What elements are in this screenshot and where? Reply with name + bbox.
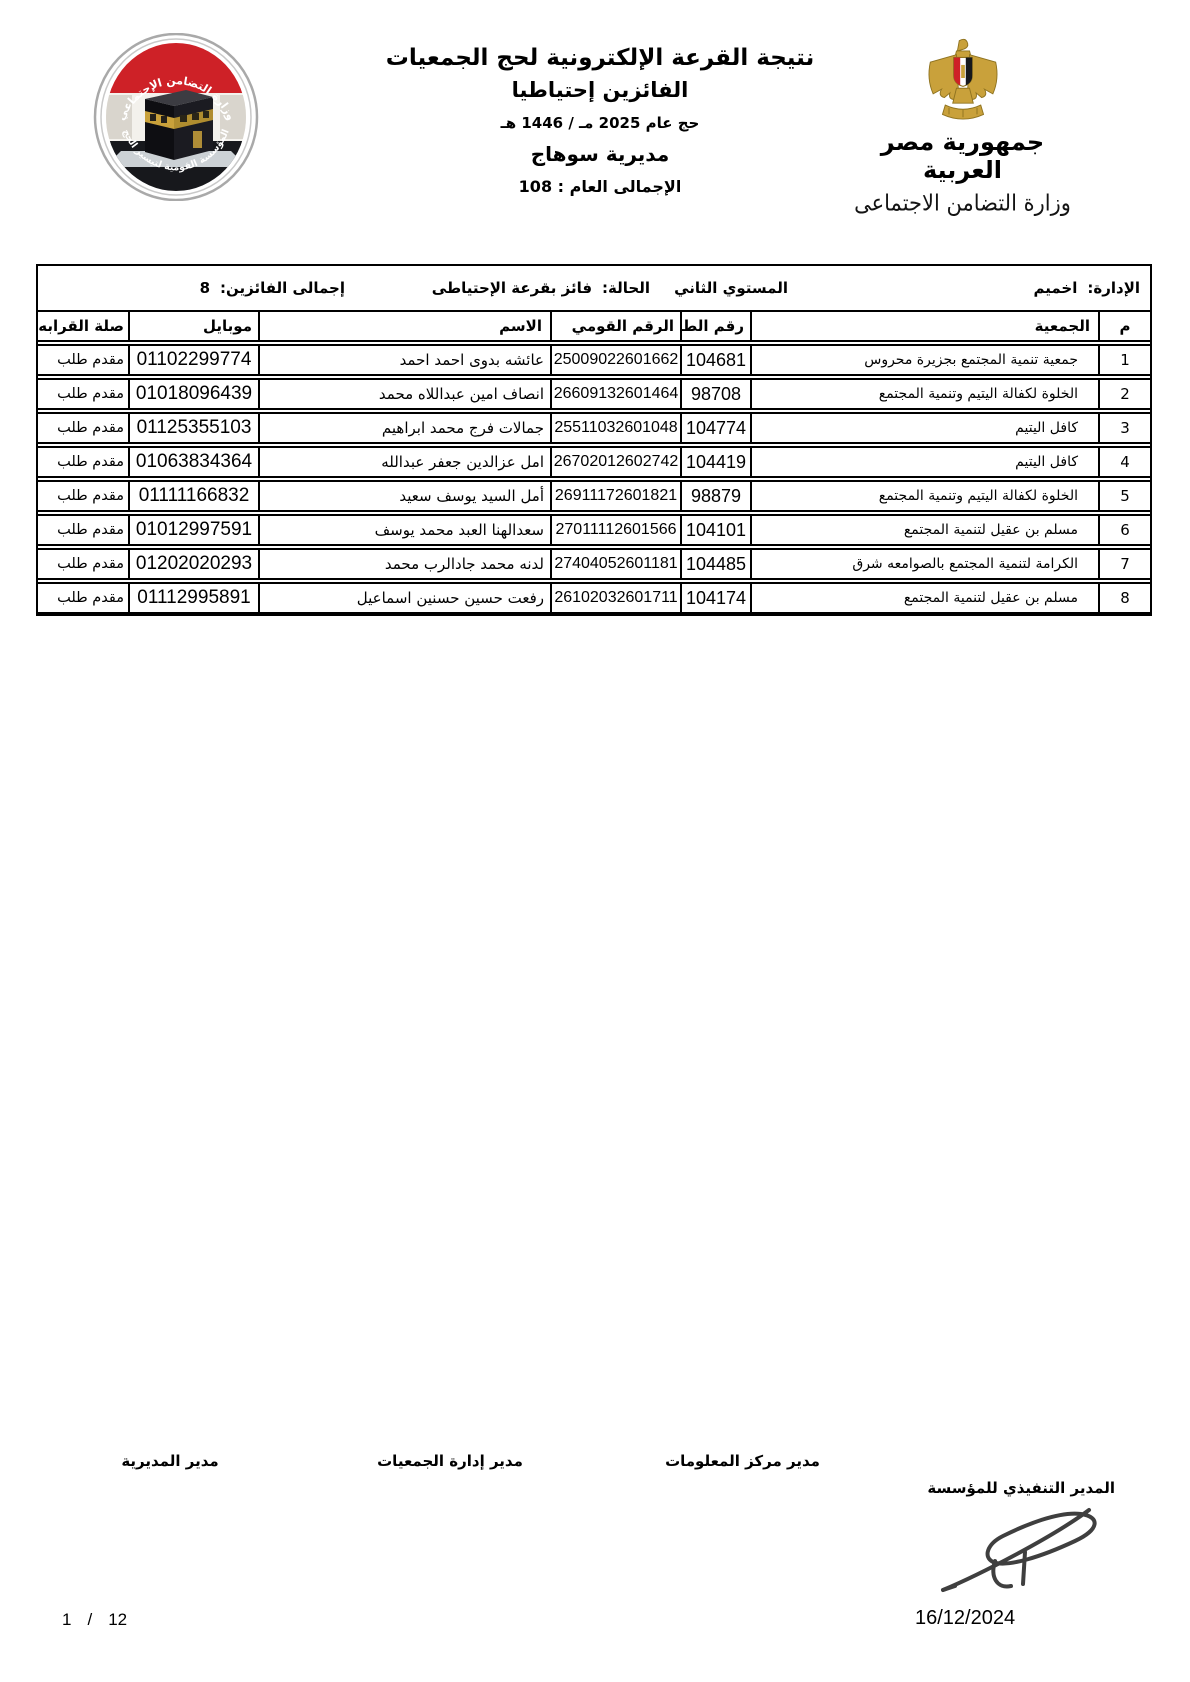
table-row: 8 مسلم بن عقيل لتنمية المجتمع 104174 261…: [38, 582, 1150, 614]
level-field: المستوي الثاني: [674, 279, 788, 297]
association-cell: جمعية تنمية المجتمع بجزيرة محروس: [750, 344, 1100, 376]
table-row: 4 كافل اليتيم 104419 26702012602742 امل …: [38, 446, 1150, 478]
republic-name-text: جمهورية مصر العربية: [845, 128, 1080, 184]
request-no-cell: 104174: [680, 582, 752, 614]
page-separator: /: [87, 1610, 92, 1630]
egypt-emblem-block: جمهورية مصر العربية وزارة التضامن الاجتم…: [845, 34, 1080, 215]
national-id-cell: 26702012602742: [550, 446, 682, 478]
mobile-cell: 01012997591: [128, 514, 260, 546]
serial-cell: 5: [1098, 480, 1150, 512]
mobile-cell: 01063834364: [128, 446, 260, 478]
request-no-cell: 98708: [680, 378, 752, 410]
col-header-serial: م: [1098, 312, 1150, 342]
relation-cell: مقدم طلب: [38, 378, 130, 410]
request-no-cell: 104681: [680, 344, 752, 376]
table-header-row: م الجمعية رقم الطلب الرقم القومي الاسم م…: [38, 312, 1150, 342]
col-header-mobile: موبايل: [128, 312, 260, 342]
winners-total-label: إجمالى الفائزين:: [220, 279, 345, 297]
national-id-cell: 27011112601566: [550, 514, 682, 546]
national-id-cell: 26102032601711: [550, 582, 682, 614]
egypt-eagle-icon: [921, 34, 1005, 122]
administration-label: الإدارة:: [1087, 279, 1140, 297]
signature-executive-manager: المدير التنفيذي للمؤسسة: [940, 1479, 1115, 1497]
col-header-name: الاسم: [258, 312, 552, 342]
national-id-cell: 25009022601662: [550, 344, 682, 376]
serial-cell: 3: [1098, 412, 1150, 444]
signature-associations-admin-manager: مدير إدارة الجمعيات: [365, 1452, 535, 1470]
col-header-association: الجمعية: [750, 312, 1100, 342]
administration-field: الإدارة:اخميم: [1033, 279, 1140, 297]
serial-cell: 1: [1098, 344, 1150, 376]
association-cell: الخلوة لكفالة اليتيم وتنمية المجتمع: [750, 480, 1100, 512]
mobile-cell: 01125355103: [128, 412, 260, 444]
serial-cell: 7: [1098, 548, 1150, 580]
association-cell: مسلم بن عقيل لتنمية المجتمع: [750, 514, 1100, 546]
report-page: وزارة التضامن الإجتماعي المؤسسة القومية …: [0, 0, 1190, 1682]
table-row: 1 جمعية تنمية المجتمع بجزيرة محروس 10468…: [38, 344, 1150, 376]
national-id-cell: 26911172601821: [550, 480, 682, 512]
name-cell: امل عزالدين جعفر عبدالله: [258, 446, 552, 478]
status-value: فائز بقرعة الإحتياطى: [432, 279, 592, 297]
request-no-cell: 104485: [680, 548, 752, 580]
association-cell: الخلوة لكفالة اليتيم وتنمية المجتمع: [750, 378, 1100, 410]
name-cell: لدنه محمد جادالرب محمد: [258, 548, 552, 580]
relation-cell: مقدم طلب: [38, 480, 130, 512]
serial-cell: 8: [1098, 582, 1150, 614]
name-cell: أمل السيد يوسف سعيد: [258, 480, 552, 512]
signature-info-center-manager: مدير مركز المعلومات: [660, 1452, 825, 1470]
name-cell: جمالات فرج محمد ابراهيم: [258, 412, 552, 444]
serial-cell: 6: [1098, 514, 1150, 546]
mobile-cell: 01018096439: [128, 378, 260, 410]
winners-total-value: 8: [200, 279, 210, 297]
mobile-cell: 01202020293: [128, 548, 260, 580]
ministry-name-text: وزارة التضامن الاجتماعى: [845, 190, 1080, 216]
hajj-foundation-badge-icon: وزارة التضامن الإجتماعي المؤسسة القومية …: [93, 33, 259, 201]
document-title: نتيجة القرعة الإلكترونية لحج الجمعيات: [320, 44, 880, 74]
report-info-bar: الإدارة:اخميم المستوي الثاني الحالة:فائز…: [38, 266, 1150, 312]
name-cell: انصاف امين عبداللاه محمد: [258, 378, 552, 410]
relation-cell: مقدم طلب: [38, 548, 130, 580]
request-no-cell: 104101: [680, 514, 752, 546]
table-body: 1 جمعية تنمية المجتمع بجزيرة محروس 10468…: [38, 344, 1150, 614]
page-number: 1 / 12: [62, 1610, 127, 1630]
status-field: الحالة:فائز بقرعة الإحتياطى: [432, 279, 650, 297]
col-header-request-no: رقم الطلب: [680, 312, 752, 342]
relation-cell: مقدم طلب: [38, 582, 130, 614]
name-cell: رفعت حسين حسنين اسماعيل: [258, 582, 552, 614]
request-no-cell: 104774: [680, 412, 752, 444]
association-cell: كافل اليتيم: [750, 446, 1100, 478]
directorate-name: مديرية سوهاج: [320, 142, 880, 166]
hajj-year-line: حج عام 2025 مـ / 1446 هـ: [320, 114, 880, 132]
mobile-cell: 01112995891: [128, 582, 260, 614]
document-title-block: نتيجة القرعة الإلكترونية لحج الجمعيات ال…: [320, 44, 880, 196]
status-label: الحالة:: [602, 279, 650, 297]
relation-cell: مقدم طلب: [38, 344, 130, 376]
association-cell: الكرامة لتنمية المجتمع بالصوامعه شرق: [750, 548, 1100, 580]
winners-report-table: الإدارة:اخميم المستوي الثاني الحالة:فائز…: [36, 264, 1152, 616]
serial-cell: 4: [1098, 446, 1150, 478]
page-current: 1: [62, 1610, 71, 1630]
national-id-cell: 26609132601464: [550, 378, 682, 410]
administration-value: اخميم: [1033, 279, 1077, 297]
request-no-cell: 104419: [680, 446, 752, 478]
relation-cell: مقدم طلب: [38, 514, 130, 546]
winners-total-field: إجمالى الفائزين:8: [200, 279, 345, 297]
signature-directorate-manager: مدير المديرية: [95, 1452, 245, 1470]
handwritten-signature-icon: [935, 1497, 1107, 1607]
table-row: 6 مسلم بن عقيل لتنمية المجتمع 104101 270…: [38, 514, 1150, 546]
table-row: 2 الخلوة لكفالة اليتيم وتنمية المجتمع 98…: [38, 378, 1150, 410]
national-id-cell: 25511032601048: [550, 412, 682, 444]
mobile-cell: 01111166832: [128, 480, 260, 512]
page-total: 12: [108, 1610, 127, 1630]
association-cell: كافل اليتيم: [750, 412, 1100, 444]
serial-cell: 2: [1098, 378, 1150, 410]
document-subtitle: الفائزين إحتياطيا: [320, 78, 880, 102]
grand-total-line: الإجمالى العام : 108: [320, 177, 880, 196]
table-row: 3 كافل اليتيم 104774 25511032601048 جمال…: [38, 412, 1150, 444]
mobile-cell: 01102299774: [128, 344, 260, 376]
relation-cell: مقدم طلب: [38, 412, 130, 444]
name-cell: عائشه بدوى احمد احمد: [258, 344, 552, 376]
relation-cell: مقدم طلب: [38, 446, 130, 478]
association-cell: مسلم بن عقيل لتنمية المجتمع: [750, 582, 1100, 614]
national-id-cell: 27404052601181: [550, 548, 682, 580]
name-cell: سعدالهنا العبد محمد يوسف: [258, 514, 552, 546]
document-date: 16/12/2024: [915, 1607, 1015, 1630]
request-no-cell: 98879: [680, 480, 752, 512]
col-header-relation: صلة القرابه: [38, 312, 130, 342]
table-row: 5 الخلوة لكفالة اليتيم وتنمية المجتمع 98…: [38, 480, 1150, 512]
col-header-national-id: الرقم القومي: [550, 312, 682, 342]
table-row: 7 الكرامة لتنمية المجتمع بالصوامعه شرق 1…: [38, 548, 1150, 580]
